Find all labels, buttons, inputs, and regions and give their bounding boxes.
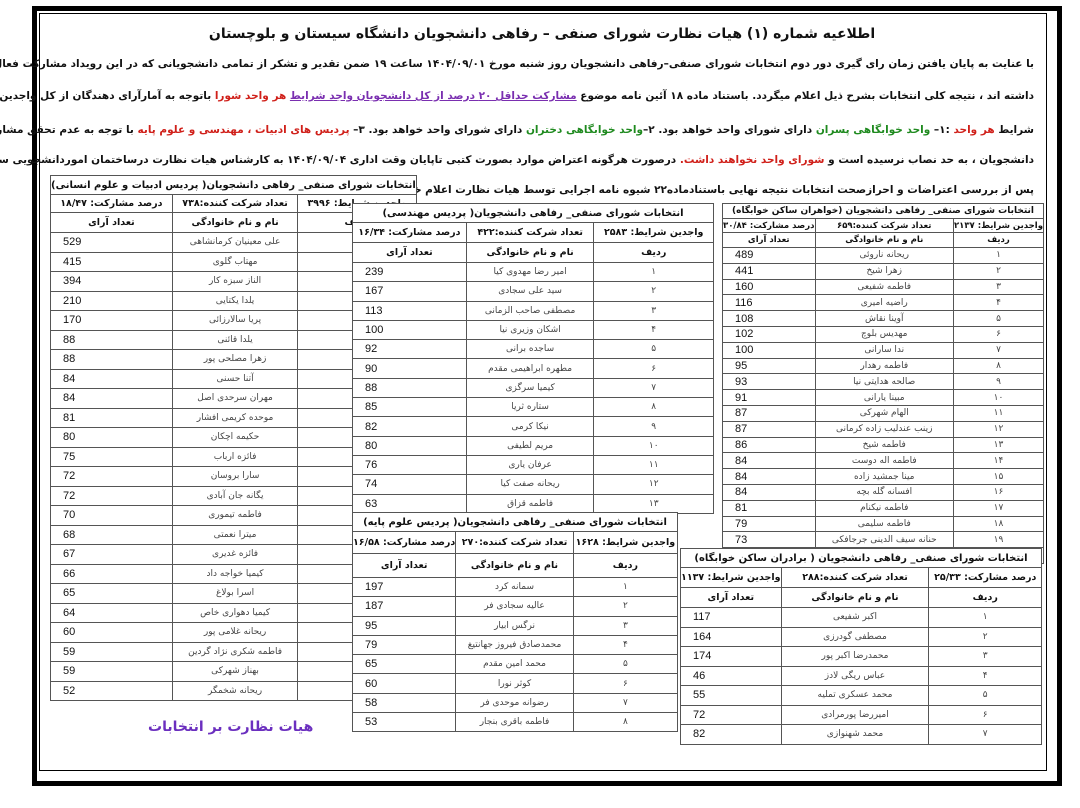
table-row: ۱امیر رضا مهدوی کیا239: [353, 263, 714, 282]
vote-count: 160: [723, 279, 816, 295]
header-votes: تعداد آرای: [51, 213, 173, 233]
paragraph-line-1: با عنایت به پایان یافتن زمان رای گیری دو…: [50, 58, 1034, 70]
row-number: ۴: [929, 666, 1042, 686]
table-row: ۲سید علی سجادی167: [353, 282, 714, 301]
candidate-name: یگانه جان آبادی: [172, 486, 298, 506]
vote-count: 415: [51, 252, 173, 272]
header-row: ردیف: [594, 243, 714, 263]
vote-count: 187: [353, 597, 456, 616]
paragraph-line-5: پس از بررسی اعتراضات و احرازصحت انتخابات…: [494, 184, 1034, 196]
candidate-name: سید علی سجادی: [466, 282, 594, 301]
vote-count: 64: [51, 603, 173, 623]
table-row: ۳مصطفی صاحب الزمانی113: [353, 301, 714, 320]
vote-count: 441: [723, 263, 816, 279]
vote-count: 79: [353, 635, 456, 654]
candidate-name: یلدا قائنی: [172, 330, 298, 350]
vote-count: 53: [353, 713, 456, 732]
row-number: ۱۶: [953, 484, 1043, 500]
candidate-name: امیر رضا مهدوی کیا: [466, 263, 594, 282]
participant-count: تعداد شرکت کننده:۷۳۸: [172, 195, 298, 213]
highlight-each-unit: هر واحد شورا: [215, 90, 290, 102]
table-row: ۱۱الهام شهرکی87: [723, 405, 1044, 421]
table-row: ۸فاطمه باقری بنجار53: [353, 713, 678, 732]
vote-count: 95: [353, 616, 456, 635]
table-row: ۶امیررضا پورمرادی72: [681, 705, 1042, 725]
candidate-name: مهران سرحدی اصل: [172, 389, 298, 409]
candidate-name: عالیه سجادی فر: [456, 597, 573, 616]
vote-count: 87: [723, 421, 816, 437]
vote-count: 88: [353, 378, 467, 397]
highlight-brothers-dorm: واحد خوابگاهی پسران: [816, 124, 930, 136]
signature: هیات نظارت بر انتخابات: [148, 719, 313, 735]
row-number: ۶: [594, 359, 714, 378]
paragraph-line-4: دانشجویان ، به حد نصاب نرسیده است و شورا…: [50, 154, 1034, 166]
vote-count: 80: [51, 428, 173, 448]
vote-count: 81: [51, 408, 173, 428]
text: داشته اند ، نتیجه کلی انتخابات بشرح ذیل …: [577, 90, 1034, 102]
row-number: ۱۳: [594, 494, 714, 513]
table-row: ۱۷فاطمه نیکنام81: [723, 500, 1044, 516]
row-number: ۳: [573, 616, 677, 635]
row-number: ۱: [594, 263, 714, 282]
candidate-name: نیکا کرمی: [466, 417, 594, 436]
candidate-name: افسانه گله بچه: [815, 484, 953, 500]
candidate-name: نرگس ابیار: [456, 616, 573, 635]
candidate-name: فاطمه شفیعی: [815, 279, 953, 295]
text: دانشجویان ، به حد نصاب نرسیده است و: [825, 154, 1035, 166]
row-number: ۷: [953, 342, 1043, 358]
candidate-name: رضوانه موحدی فر: [456, 693, 573, 712]
candidate-name: کیمیا خواجه داد: [172, 564, 298, 584]
participant-count: تعداد شرکت کننده:۴۲۲: [466, 223, 594, 243]
table-caption: انتخابات شورای صنفی_ رفاهی دانشجویان (خو…: [723, 204, 1044, 219]
candidate-name: ریحانه شخمگر: [172, 681, 298, 701]
table-row: ۴راضیه امیری116: [723, 295, 1044, 311]
table-row: ۴اشکان وزیری نیا100: [353, 320, 714, 339]
text: با عنایت به پایان یافتن زمان رای گیری دو…: [0, 58, 1034, 70]
row-number: ۱۸: [953, 516, 1043, 532]
vote-count: 68: [51, 525, 173, 545]
vote-count: 95: [723, 358, 816, 374]
table-row: ۱۴فاطمه اله دوست84: [723, 453, 1044, 469]
text: دارای شورای واحد خواهد بود. ۲–: [643, 124, 816, 136]
table-row: ۹صالحه هدایتی نیا93: [723, 374, 1044, 390]
candidate-name: فاطمه قزاق: [466, 494, 594, 513]
vote-count: 55: [681, 686, 782, 706]
table-caption: انتخابات شورای صنفی_ رفاهی دانشجویان( پر…: [51, 176, 417, 195]
vote-count: 210: [51, 291, 173, 311]
announcement-title: اطلاعیه شماره (۱) هیات نظارت شورای صنفی …: [40, 26, 1044, 42]
candidate-name: فائزه ارباب: [172, 447, 298, 467]
vote-count: 84: [51, 369, 173, 389]
table-row: ۵ساجده برانی92: [353, 340, 714, 359]
row-number: ۱: [929, 608, 1042, 628]
vote-count: 80: [353, 436, 467, 455]
candidate-name: اسرا بولاغ: [172, 584, 298, 604]
row-number: ۵: [953, 311, 1043, 327]
vote-count: 65: [353, 655, 456, 674]
table-row: ۱ریحانه ناروئی489: [723, 248, 1044, 264]
vote-count: 52: [51, 681, 173, 701]
row-number: ۲: [573, 597, 677, 616]
vote-count: 65: [51, 584, 173, 604]
candidate-name: عباس ریگی لادز: [781, 666, 929, 686]
candidate-name: ندا سارانی: [815, 342, 953, 358]
text: :۱–: [930, 124, 953, 136]
table-row: ۶مهدیس بلوچ102: [723, 326, 1044, 342]
vote-count: 72: [51, 486, 173, 506]
candidate-name: فاطمه اله دوست: [815, 453, 953, 469]
highlight-sisters-dorm: واحد خوابگاهی دختران: [526, 124, 643, 136]
row-number: ۶: [573, 674, 677, 693]
table-row: ۶کوثر نورا60: [353, 674, 678, 693]
row-number: ۳: [953, 279, 1043, 295]
vote-count: 81: [723, 500, 816, 516]
candidate-name: کیمیا سرگزی: [466, 378, 594, 397]
paragraph-line-3: شرایط هر واحد :۱– واحد خوابگاهی پسران دا…: [50, 124, 1034, 136]
text: باتوجه به آمارآرای دهندگان از کل واجدین: [0, 90, 215, 102]
table-row: ۸ستاره ثریا85: [353, 398, 714, 417]
table-row: ۸فاطمه رهدار95: [723, 358, 1044, 374]
table-row: ۲عالیه سجادی فر187: [353, 597, 678, 616]
vote-count: 84: [723, 453, 816, 469]
row-number: ۸: [573, 713, 677, 732]
vote-count: 93: [723, 374, 816, 390]
vote-count: 76: [353, 455, 467, 474]
row-number: ۱۲: [953, 421, 1043, 437]
candidate-name: بهناز شهرکی: [172, 662, 298, 682]
candidate-name: کوثر نورا: [456, 674, 573, 693]
row-number: ۱۲: [594, 475, 714, 494]
table-row: ۵محمد امین مقدم65: [353, 655, 678, 674]
table-row: ۱۰مبینا یارانی91: [723, 390, 1044, 406]
table-caption: انتخابات شورای صنفی_ رفاهی دانشجویان ( ب…: [681, 549, 1042, 568]
candidate-name: عرفان یاری: [466, 455, 594, 474]
candidate-name: مریم لطیفی: [466, 436, 594, 455]
row-number: ۱۱: [594, 455, 714, 474]
candidate-name: فاطمه نیکنام: [815, 500, 953, 516]
candidate-name: اشکان وزیری نیا: [466, 320, 594, 339]
table-row: ۱۹حنانه سیف الدینی جرجافکی73: [723, 532, 1044, 548]
candidate-name: محمد امین مقدم: [456, 655, 573, 674]
row-number: ۱: [573, 578, 677, 597]
vote-count: 72: [51, 467, 173, 487]
text: پس از بررسی اعتراضات و احرازصحت انتخابات…: [370, 184, 1034, 196]
candidate-name: سارا بروسان: [172, 467, 298, 487]
row-number: ۴: [573, 635, 677, 654]
participation-percent: درصد مشارکت: ۲۵/۳۳: [929, 568, 1042, 588]
table-row: ۲زهرا شیخ441: [723, 263, 1044, 279]
row-number: ۵: [594, 340, 714, 359]
header-name: نام و نام خانوادگی: [815, 233, 953, 248]
candidate-name: زینب عندلیب زاده کرمانی: [815, 421, 953, 437]
table-row: ۶مطهره ابراهیمی مقدم90: [353, 359, 714, 378]
header-name: نام و نام خانوادگی: [456, 554, 573, 578]
candidate-name: میترا نعمتی: [172, 525, 298, 545]
table-row: ۴عباس ریگی لادز46: [681, 666, 1042, 686]
table-row: ۷محمد شهنوازی82: [681, 725, 1042, 745]
vote-count: 74: [353, 475, 467, 494]
header-name: نام و نام خانوادگی: [466, 243, 594, 263]
candidate-name: الناز سبزه کار: [172, 272, 298, 292]
candidate-name: صالحه هدایتی نیا: [815, 374, 953, 390]
row-number: ۴: [594, 320, 714, 339]
candidate-name: کیمیا دهواری خاص: [172, 603, 298, 623]
header-name: نام و نام خانوادگی: [172, 213, 298, 233]
row-number: ۱۷: [953, 500, 1043, 516]
row-number: ۹: [594, 417, 714, 436]
table-row: ۳محمدرضا اکبر پور174: [681, 647, 1042, 667]
candidate-name: آوینا نقاش: [815, 311, 953, 327]
candidate-name: موحده کریمی افشار: [172, 408, 298, 428]
candidate-name: ریحانه غلامی پور: [172, 623, 298, 643]
row-number: ۱: [953, 248, 1043, 264]
vote-count: 73: [723, 532, 816, 548]
candidate-name: زهرا شیخ: [815, 263, 953, 279]
header-votes: تعداد آرای: [681, 588, 782, 608]
participant-count: تعداد شرکت کننده:۶۵۹: [815, 219, 953, 233]
vote-count: 79: [723, 516, 816, 532]
vote-count: 84: [723, 469, 816, 485]
candidate-name: محمد شهنوازی: [781, 725, 929, 745]
vote-count: 170: [51, 311, 173, 331]
vote-count: 108: [723, 311, 816, 327]
table-row: ۱سمانه کرد197: [353, 578, 678, 597]
header-votes: تعداد آرای: [353, 243, 467, 263]
candidate-name: اکبر شفیعی: [781, 608, 929, 628]
header-row: ردیف: [573, 554, 677, 578]
vote-count: 164: [681, 627, 782, 647]
results-table-sisters-dorm: انتخابات شورای صنفی_ رفاهی دانشجویان (خو…: [722, 203, 1044, 564]
table-row: ۱۲زینب عندلیب زاده کرمانی87: [723, 421, 1044, 437]
table-row: ۵آوینا نقاش108: [723, 311, 1044, 327]
candidate-name: فاطمه سلیمی: [815, 516, 953, 532]
vote-count: 72: [681, 705, 782, 725]
vote-count: 85: [353, 398, 467, 417]
row-number: ۱۱: [953, 405, 1043, 421]
table-row: ۱۶افسانه گله بچه84: [723, 484, 1044, 500]
table-row: ۱اکبر شفیعی117: [681, 608, 1042, 628]
vote-count: 117: [681, 608, 782, 628]
participation-percent: درصد مشارکت: ۱۶/۳۴: [353, 223, 467, 243]
vote-count: 84: [723, 484, 816, 500]
candidate-name: فاطمه باقری بنجار: [456, 713, 573, 732]
vote-count: 174: [681, 647, 782, 667]
candidate-name: حنانه سیف الدینی جرجافکی: [815, 532, 953, 548]
candidate-name: راضیه امیری: [815, 295, 953, 311]
table-row: ۷رضوانه موحدی فر58: [353, 693, 678, 712]
vote-count: 60: [353, 674, 456, 693]
candidate-name: ریحانه صفت کیا: [466, 475, 594, 494]
vote-count: 394: [51, 272, 173, 292]
row-number: ۶: [953, 326, 1043, 342]
table-row: ۱۰مریم لطیفی80: [353, 436, 714, 455]
candidate-name: ستاره ثریا: [466, 398, 594, 417]
vote-count: 59: [51, 662, 173, 682]
row-number: ۱۰: [953, 390, 1043, 406]
results-table-basic-sciences: انتخابات شورای صنفی_ رفاهی دانشجویان( پر…: [352, 512, 678, 732]
text: دارای شورای واحد خواهد بود. ۳–: [350, 124, 526, 136]
row-number: ۳: [929, 647, 1042, 667]
vote-count: 84: [51, 389, 173, 409]
candidate-name: حکیمه اچکان: [172, 428, 298, 448]
row-number: ۲: [929, 627, 1042, 647]
candidate-name: سمانه کرد: [456, 578, 573, 597]
header-votes: تعداد آرای: [723, 233, 816, 248]
candidate-name: مبینا یارانی: [815, 390, 953, 406]
table-caption: انتخابات شورای صنفی_ رفاهی دانشجویان( پر…: [353, 513, 678, 532]
table-row: ۲مصطفی گودرزی164: [681, 627, 1042, 647]
candidate-name: آتنا حسنی: [172, 369, 298, 389]
vote-count: 75: [51, 447, 173, 467]
highlight-no-council: شورای واحد نخواهند داشت.: [680, 154, 825, 166]
table-row: ۱۲ریحانه صفت کیا74: [353, 475, 714, 494]
candidate-name: محمدصادق فیروز جهانتیغ: [456, 635, 573, 654]
row-number: ۱۰: [594, 436, 714, 455]
candidate-name: مهدیس بلوچ: [815, 326, 953, 342]
table-row: ۴محمدصادق فیروز جهانتیغ79: [353, 635, 678, 654]
text: با توجه به عدم تحقق مشارکت ۲۰ درصدی: [0, 124, 138, 136]
row-number: ۵: [929, 686, 1042, 706]
row-number: ۱۹: [953, 532, 1043, 548]
table-row: ۷کیمیا سرگزی88: [353, 378, 714, 397]
vote-count: 100: [723, 342, 816, 358]
row-number: ۵: [573, 655, 677, 674]
candidate-name: ریحانه ناروئی: [815, 248, 953, 264]
candidate-name: مصطفی صاحب الزمانی: [466, 301, 594, 320]
vote-count: 67: [51, 545, 173, 565]
vote-count: 66: [51, 564, 173, 584]
candidate-name: فاطمه شیخ: [815, 437, 953, 453]
row-number: ۷: [573, 693, 677, 712]
vote-count: 88: [51, 330, 173, 350]
row-number: ۱۳: [953, 437, 1043, 453]
vote-count: 58: [353, 693, 456, 712]
vote-count: 87: [723, 405, 816, 421]
participant-count: تعداد شرکت کننده:۲۸۸: [781, 568, 929, 588]
candidate-name: یلدا یکتایی: [172, 291, 298, 311]
table-row: ۳نرگس ابیار95: [353, 616, 678, 635]
vote-count: 91: [723, 390, 816, 406]
highlight-campuses: پردیس های ادبیات ، مهندسی و علوم پایه: [138, 124, 350, 136]
table-row: ۱۳فاطمه شیخ86: [723, 437, 1044, 453]
paragraph-line-2: داشته اند ، نتیجه کلی انتخابات بشرح ذیل …: [50, 90, 1034, 102]
vote-count: 86: [723, 437, 816, 453]
vote-count: 60: [51, 623, 173, 643]
candidate-name: علی معینیان کرمانشاهی: [172, 233, 298, 253]
header-name: نام و نام خانوادگی: [781, 588, 929, 608]
candidate-name: پریا سالارزائی: [172, 311, 298, 331]
table-row: ۱۳فاطمه قزاق63: [353, 494, 714, 513]
participant-count: تعداد شرکت کننده:۲۷۰: [456, 532, 573, 554]
header-row: ردیف: [929, 588, 1042, 608]
vote-count: 63: [353, 494, 467, 513]
row-number: ۱۴: [953, 453, 1043, 469]
row-number: ۲: [594, 282, 714, 301]
row-number: ۸: [594, 398, 714, 417]
candidate-name: امیررضا پورمرادی: [781, 705, 929, 725]
vote-count: 82: [681, 725, 782, 745]
table-row: ۱۸فاطمه سلیمی79: [723, 516, 1044, 532]
table-row: ۳فاطمه شفیعی160: [723, 279, 1044, 295]
row-number: ۱۵: [953, 469, 1043, 485]
candidate-name: فاطمه شکری نژاد گردین: [172, 642, 298, 662]
table-row: ۷ندا سارانی100: [723, 342, 1044, 358]
vote-count: 92: [353, 340, 467, 359]
vote-count: 102: [723, 326, 816, 342]
row-number: ۷: [594, 378, 714, 397]
row-number: ۸: [953, 358, 1043, 374]
eligible-count: واجدین شرایط: ۱۱۳۷: [681, 568, 782, 588]
table-row: ۹نیکا کرمی82: [353, 417, 714, 436]
candidate-name: مطهره ابراهیمی مقدم: [466, 359, 594, 378]
vote-count: 90: [353, 359, 467, 378]
table-caption: انتخابات شورای صنفی_ رفاهی دانشجویان( پر…: [353, 204, 714, 223]
row-number: ۴: [953, 295, 1043, 311]
eligible-count: واجدین شرایط: ۲۵۸۳: [594, 223, 714, 243]
candidate-name: ساجده برانی: [466, 340, 594, 359]
vote-count: 88: [51, 350, 173, 370]
table-row: ۱۵مینا جمشید زاده84: [723, 469, 1044, 485]
table-row: ۱۱عرفان یاری76: [353, 455, 714, 474]
participation-percent: درصد مشارکت: ۳۰/۸۴: [723, 219, 816, 233]
vote-count: 116: [723, 295, 816, 311]
candidate-name: الهام شهرکی: [815, 405, 953, 421]
vote-count: 82: [353, 417, 467, 436]
header-row: ردیف: [953, 233, 1043, 248]
candidate-name: فاطمه تیموری: [172, 506, 298, 526]
vote-count: 167: [353, 282, 467, 301]
participation-percent: درصد مشارکت: ۱۶/۵۸: [353, 532, 456, 554]
row-number: ۳: [594, 301, 714, 320]
candidate-name: مینا جمشید زاده: [815, 469, 953, 485]
candidate-name: محمد عسکری تملیه: [781, 686, 929, 706]
eligible-count: واجدین شرایط: ۲۱۳۷: [953, 219, 1043, 233]
results-table-engineering: انتخابات شورای صنفی_ رفاهی دانشجویان( پر…: [352, 203, 714, 514]
vote-count: 70: [51, 506, 173, 526]
candidate-name: مهتاب گلوی: [172, 252, 298, 272]
row-number: ۲: [953, 263, 1043, 279]
vote-count: 100: [353, 320, 467, 339]
vote-count: 239: [353, 263, 467, 282]
vote-count: 46: [681, 666, 782, 686]
candidate-name: فاطمه رهدار: [815, 358, 953, 374]
results-table-brothers-dorm: انتخابات شورای صنفی_ رفاهی دانشجویان ( ب…: [680, 548, 1042, 745]
candidate-name: مصطفی گودرزی: [781, 627, 929, 647]
row-number: ۷: [929, 725, 1042, 745]
participation-percent: درصد مشارکت: ۱۸/۴۷: [51, 195, 173, 213]
row-number: ۹: [953, 374, 1043, 390]
eligible-count: واجدین شرایط: ۱۶۲۸: [573, 532, 677, 554]
text: شرایط: [995, 124, 1034, 136]
candidate-name: زهرا مصلحی پور: [172, 350, 298, 370]
vote-count: 59: [51, 642, 173, 662]
row-number: ۶: [929, 705, 1042, 725]
candidate-name: محمدرضا اکبر پور: [781, 647, 929, 667]
vote-count: 113: [353, 301, 467, 320]
vote-count: 529: [51, 233, 173, 253]
header-votes: تعداد آرای: [353, 554, 456, 578]
highlight-participation: مشارکت حداقل ۲۰ درصد از کل دانشجویان واج…: [290, 90, 577, 102]
vote-count: 197: [353, 578, 456, 597]
vote-count: 489: [723, 248, 816, 264]
candidate-name: فائزه غدیری: [172, 545, 298, 565]
table-row: ۵محمد عسکری تملیه55: [681, 686, 1042, 706]
highlight: هر واحد: [953, 124, 994, 136]
text: درصورت هرگونه اعتراض موارد بصورت کتبی تا…: [0, 154, 680, 166]
